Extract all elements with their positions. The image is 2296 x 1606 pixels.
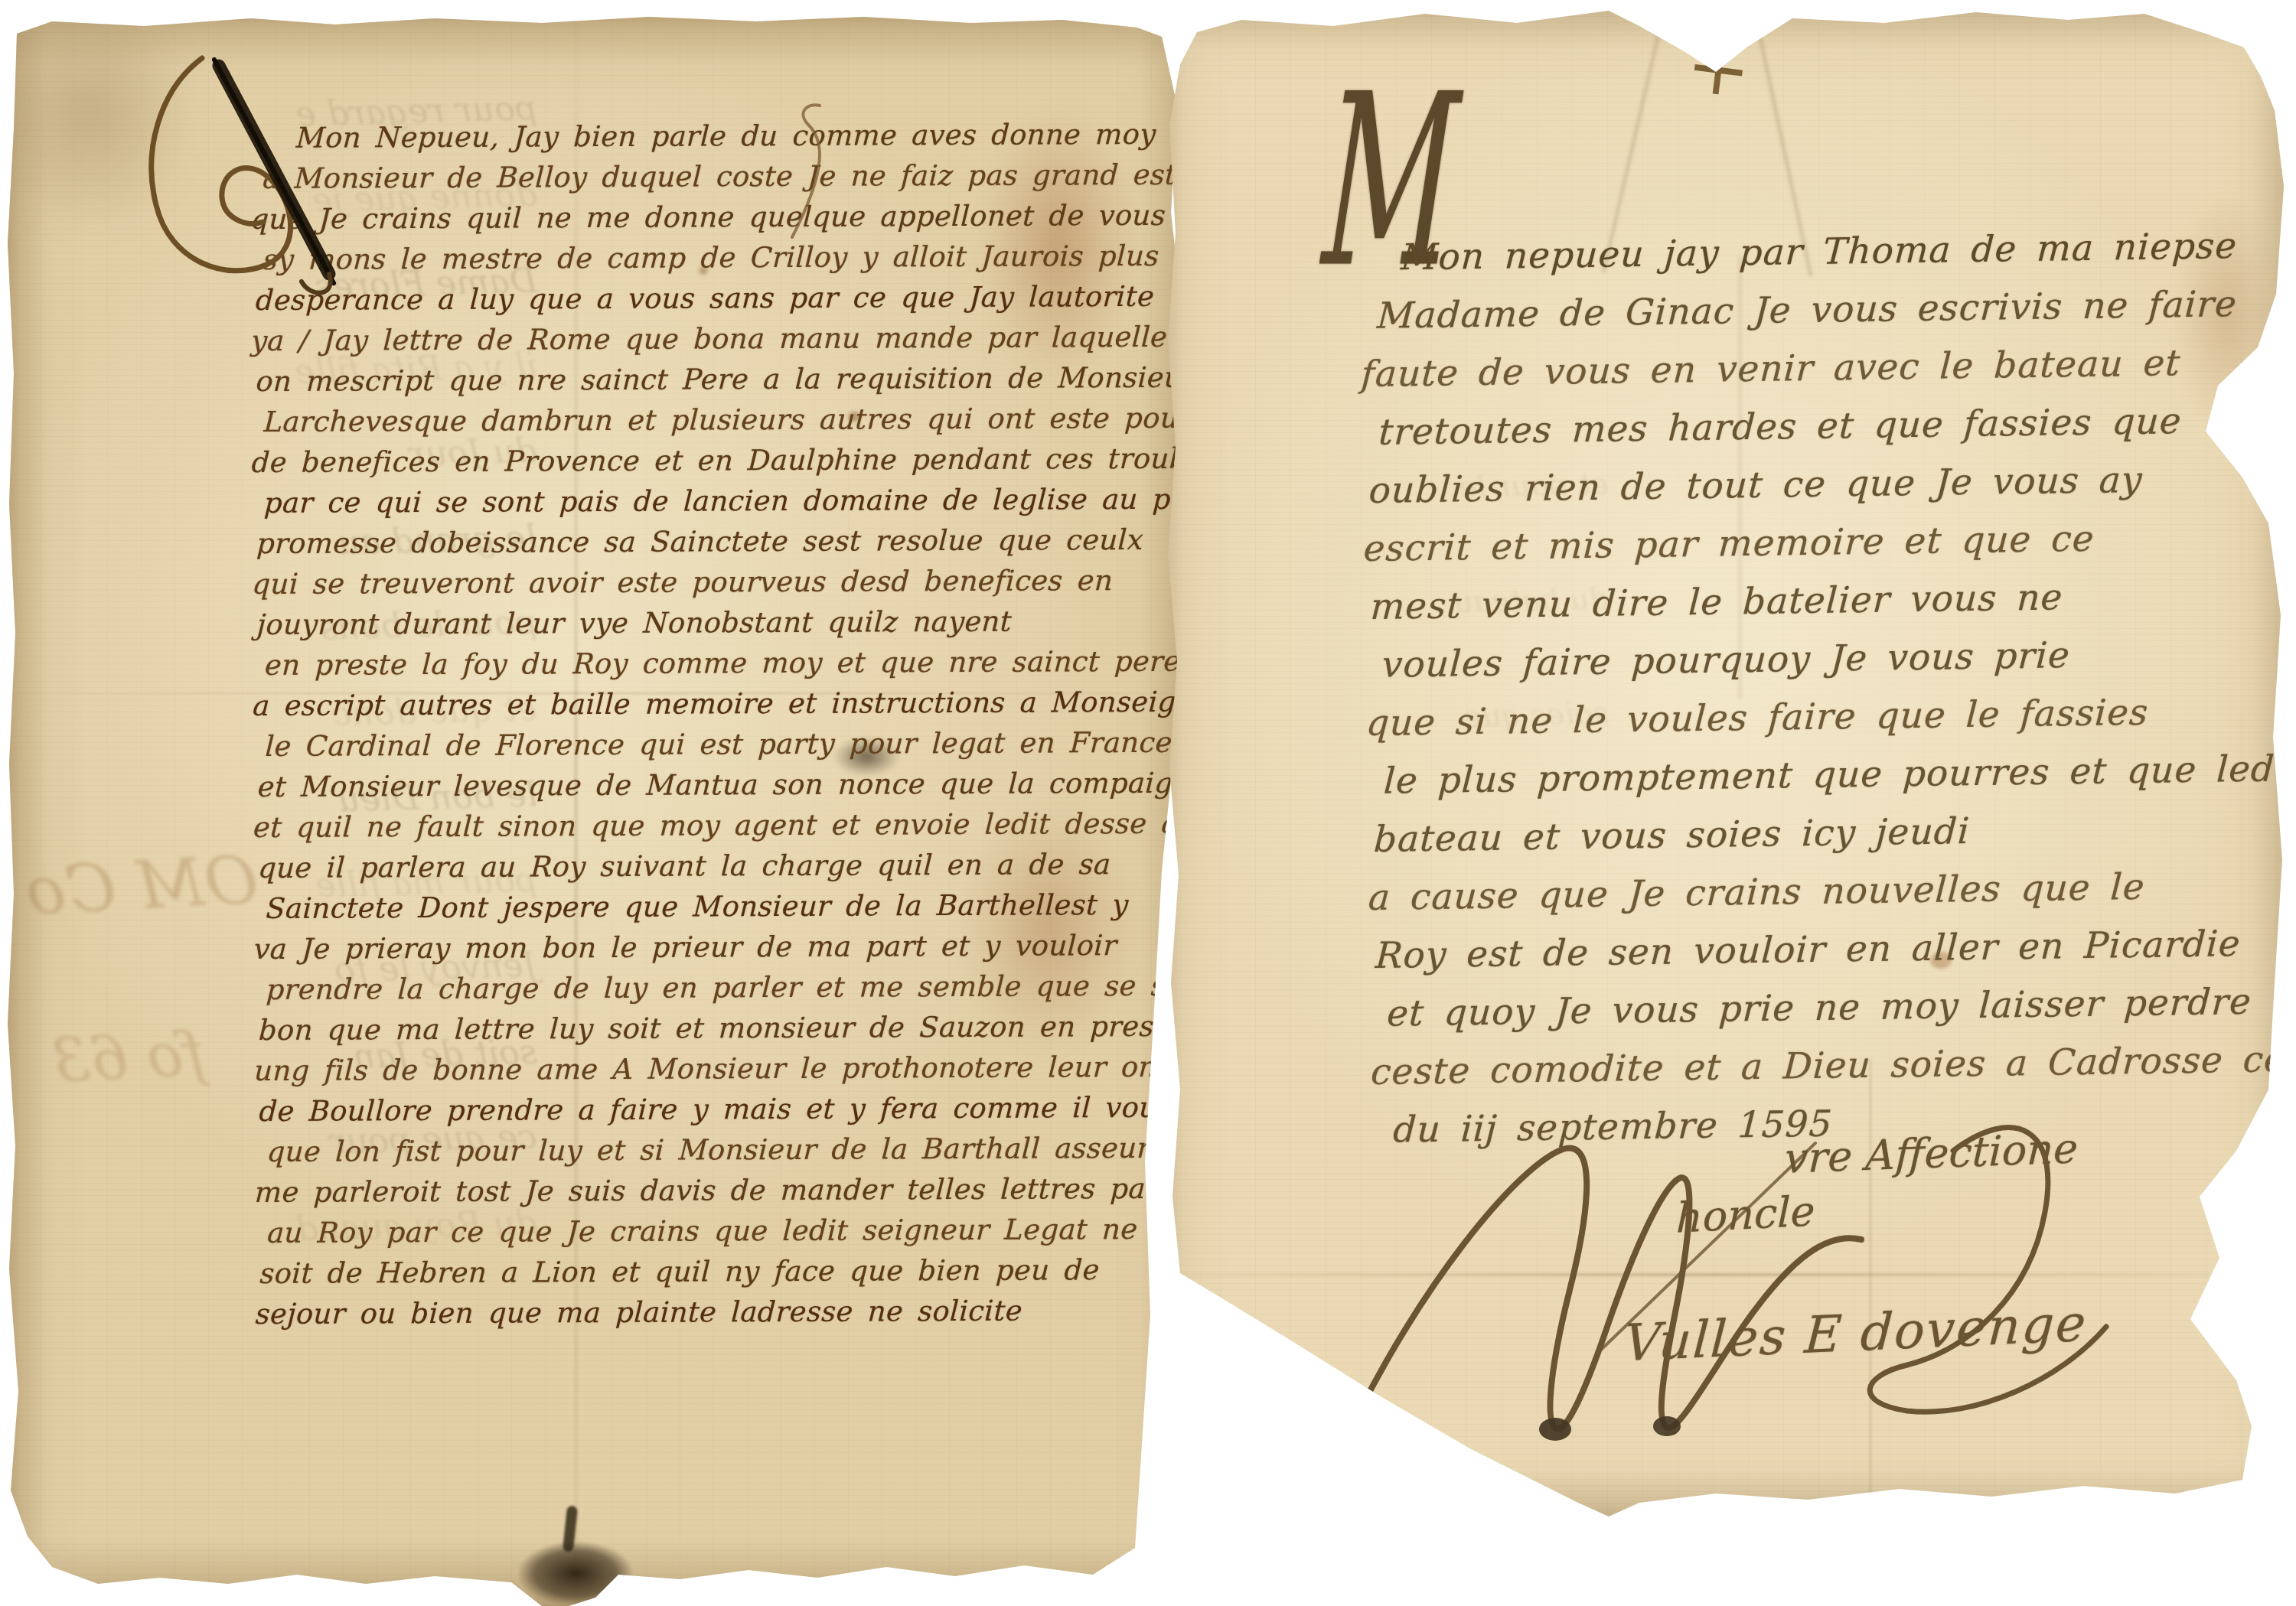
right-letter-body: Mon nepueu jay par Thoma de ma niepseMad… (1365, 217, 2243, 1160)
manuscript-line: promesse dobeissance sa Sainctete sest r… (256, 520, 1169, 564)
right-letter-page: et pour ledu bateausoies que + M Mon nep… (1150, 3, 2293, 1523)
manuscript-line: prendre la charge de luy en parler et me… (266, 966, 1171, 1010)
manuscript-line: a Monsieur de Belloy duquel coste Je ne … (262, 155, 1167, 199)
manuscript-line: va Je prieray mon bon le prieur de ma pa… (253, 925, 1170, 969)
manuscript-line: Mon Nepueu, Jay bien parle du comme aves… (254, 114, 1167, 158)
manuscript-line: en preste la foy du Roy comme moy et que… (264, 641, 1169, 686)
manuscript-line: par ce qui se sont pais de lancien domai… (263, 479, 1169, 523)
ink-blot (517, 1541, 634, 1606)
manuscript-line: ung fils de bonne ame A Monsieur le prot… (253, 1047, 1171, 1091)
opening-paraphe-flourish (129, 44, 358, 297)
manuscript-line: a escript autres et baille memoire et in… (252, 682, 1169, 726)
manuscript-line: jouyront durant leur vye Nonobstant quil… (256, 601, 1169, 645)
manuscript-line: que il parlera au Roy suivant la charge … (257, 844, 1170, 888)
left-letter-body: Mon Nepueu, Jay bien parle du comme aves… (255, 114, 1171, 1334)
manuscript-line: et Monsieur levesque de Mantua son nonce… (257, 763, 1170, 807)
manuscript-line: me parleroit tost Je suis davis de mande… (254, 1168, 1172, 1213)
ghost-bleed-large-mark: fo 63 (51, 1020, 207, 1096)
manuscript-line: ya / Jay lettre de Rome que bona manu ma… (250, 317, 1168, 361)
manuscript-line: que lon fist pour luy et si Monsieur de … (266, 1128, 1172, 1172)
manuscript-line: on mescript que nre sainct Pere a la req… (255, 357, 1168, 402)
manuscript-line: soit de Hebren a Lion et quil ny face qu… (259, 1249, 1172, 1294)
cross-mark: + (1681, 19, 1756, 116)
manuscript-line: qui se treuveront avoir este pourveus de… (251, 560, 1169, 604)
manuscript-line: de benefices en Provence et en Daulphine… (251, 438, 1169, 483)
manuscript-line: de Boullore prendre a faire y mais et y … (258, 1087, 1171, 1132)
manuscript-line: que Je crains quil ne me donne quelque a… (249, 195, 1167, 239)
left-letter-page: pour regard edonne que jeDame Floresil y… (6, 14, 1194, 1606)
scanned-manuscript: pour regard edonne que jeDame Floresil y… (0, 0, 2296, 1606)
manuscript-line: bon que ma lettre luy soit et monsieur d… (258, 1006, 1171, 1051)
manuscript-line: sejour ou bien que ma plainte ladresse n… (255, 1290, 1172, 1334)
ghost-bleed-large-mark: OM Co (24, 842, 260, 930)
manuscript-line: le Cardinal de Florence qui est party po… (264, 722, 1169, 767)
manuscript-line: sy mons le mestre de camp de Crilloy y a… (263, 236, 1168, 280)
ascender-flourish (775, 99, 844, 241)
manuscript-line: Sainctete Dont jespere que Monsieur de l… (265, 884, 1170, 929)
manuscript-line: et quil ne fault sinon que moy agent et … (253, 803, 1170, 848)
manuscript-line: Larchevesque dambrun et plusieurs autres… (263, 398, 1168, 442)
manuscript-line: desperance a luy que a vous sans par ce … (255, 276, 1168, 321)
manuscript-line: au Roy par ce que Je crains que ledit se… (266, 1209, 1172, 1253)
